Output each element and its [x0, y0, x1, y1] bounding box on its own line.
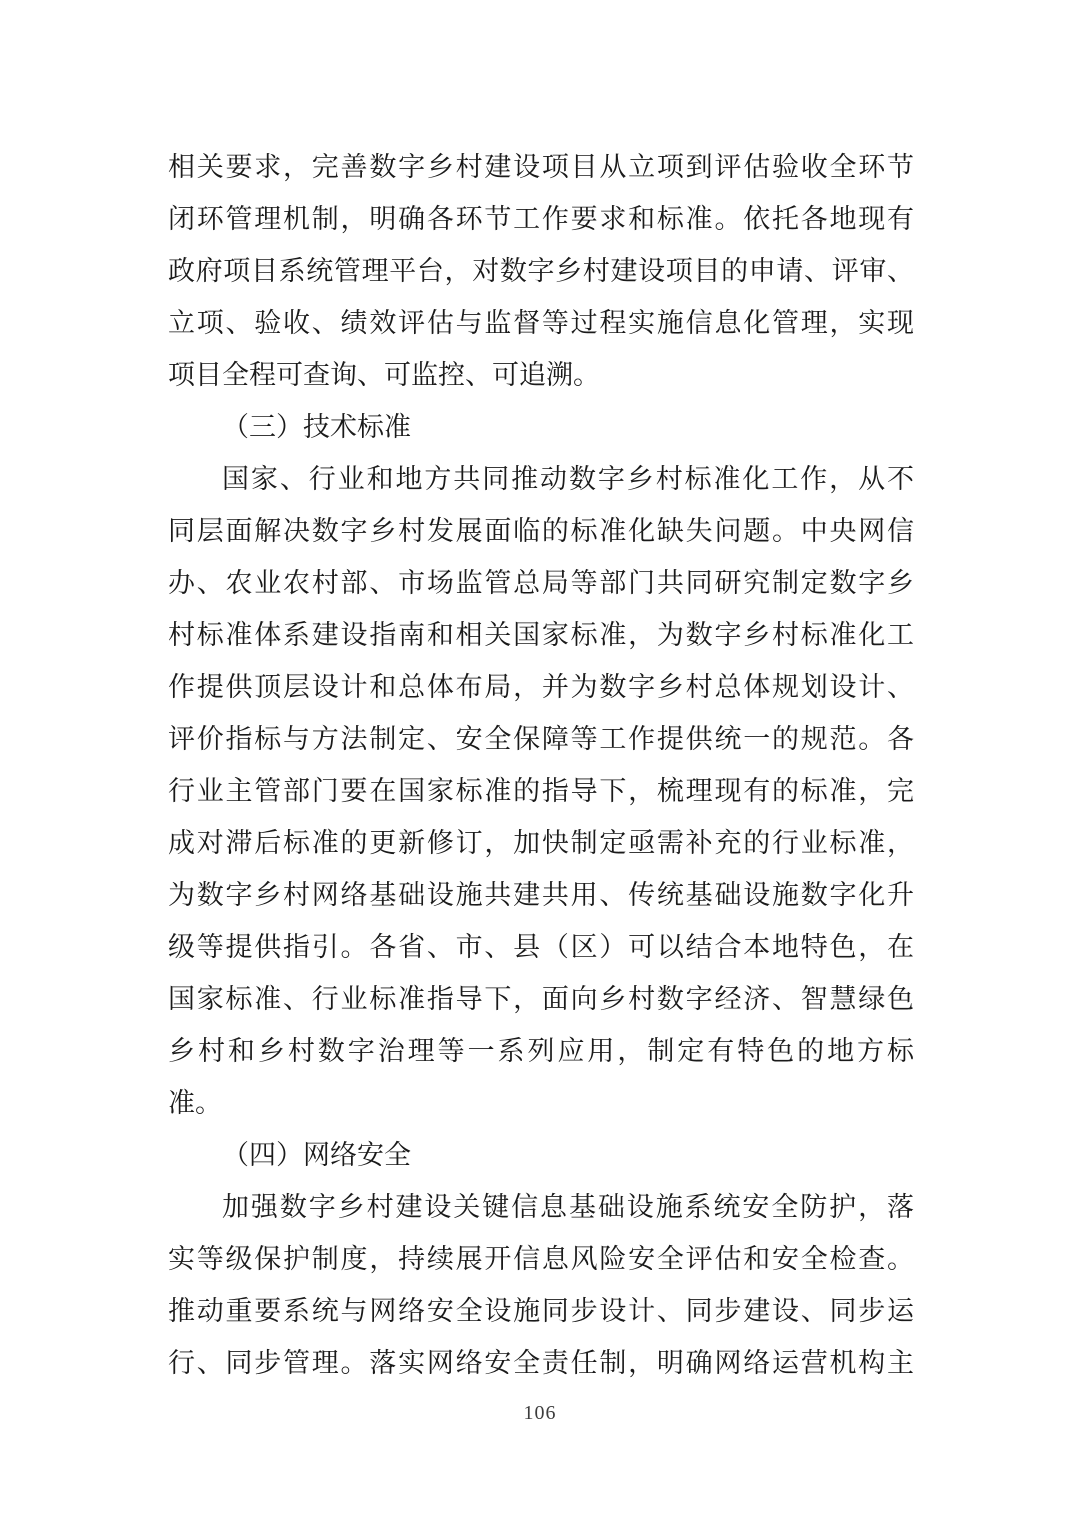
text-line: 闭环管理机制，明确各环节工作要求和标准。依托各地现有 [168, 193, 914, 245]
text-line: 级等提供指引。各省、市、县（区）可以结合本地特色，在 [168, 921, 914, 973]
text-line: 国家标准、行业标准指导下，面向乡村数字经济、智慧绿色 [168, 973, 914, 1025]
text-line: 加强数字乡村建设关键信息基础设施系统安全防护，落 [168, 1181, 914, 1233]
text-line: 行业主管部门要在国家标准的指导下，梳理现有的标准，完 [168, 765, 914, 817]
text-line: 实等级保护制度，持续展开信息风险安全评估和安全检查。 [168, 1233, 914, 1285]
text-line: 准。 [168, 1077, 914, 1129]
text-line: 为数字乡村网络基础设施共建共用、传统基础设施数字化升 [168, 869, 914, 921]
text-line: 项目全程可查询、可监控、可追溯。 [168, 349, 914, 401]
page-footer: 106 [0, 1402, 1080, 1425]
page-number: 106 [524, 1402, 557, 1424]
text-line: 立项、验收、绩效评估与监督等过程实施信息化管理，实现 [168, 297, 914, 349]
text-line: 村标准体系建设指南和相关国家标准，为数字乡村标准化工 [168, 609, 914, 661]
text-line: 行、同步管理。落实网络安全责任制，明确网络运营机构主 [168, 1337, 914, 1389]
text-line: 作提供顶层设计和总体布局，并为数字乡村总体规划设计、 [168, 661, 914, 713]
text-line: 同层面解决数字乡村发展面临的标准化缺失问题。中央网信 [168, 505, 914, 557]
section-heading: （四）网络安全 [168, 1129, 914, 1181]
text-line: 政府项目系统管理平台，对数字乡村建设项目的申请、评审、 [168, 245, 914, 297]
text-line: 评价指标与方法制定、安全保障等工作提供统一的规范。各 [168, 713, 914, 765]
text-line: 成对滞后标准的更新修订，加快制定亟需补充的行业标准， [168, 817, 914, 869]
document-body: 相关要求，完善数字乡村建设项目从立项到评估验收全环节闭环管理机制，明确各环节工作… [168, 141, 914, 1389]
text-line: 乡村和乡村数字治理等一系列应用，制定有特色的地方标 [168, 1025, 914, 1077]
text-line: 相关要求，完善数字乡村建设项目从立项到评估验收全环节 [168, 141, 914, 193]
document-page: 相关要求，完善数字乡村建设项目从立项到评估验收全环节闭环管理机制，明确各环节工作… [0, 0, 1080, 1527]
section-heading: （三）技术标准 [168, 401, 914, 453]
text-line: 推动重要系统与网络安全设施同步设计、同步建设、同步运 [168, 1285, 914, 1337]
text-line: 办、农业农村部、市场监管总局等部门共同研究制定数字乡 [168, 557, 914, 609]
text-line: 国家、行业和地方共同推动数字乡村标准化工作，从不 [168, 453, 914, 505]
